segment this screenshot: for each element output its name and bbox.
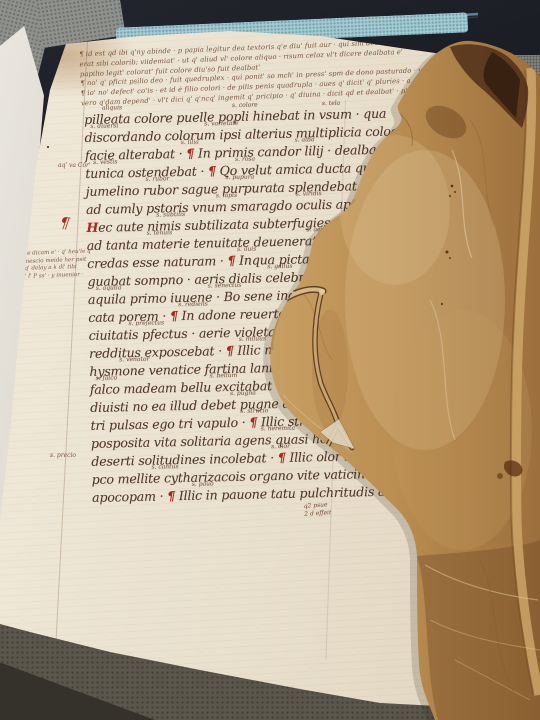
flap-speck	[371, 129, 374, 132]
flap-speck	[449, 195, 451, 197]
flap-speck	[449, 257, 451, 259]
flap-speck	[446, 251, 449, 254]
flap-speck	[454, 191, 456, 193]
flap-stain	[497, 473, 503, 479]
photo-background: ¶ id est qd ibi q'ny abinde · p papia le…	[0, 0, 540, 720]
flap-speck	[441, 303, 443, 305]
tie-knot	[319, 289, 325, 295]
flap-speck	[451, 185, 454, 188]
flap-sheen	[340, 135, 450, 285]
parchment-flap	[0, 0, 540, 720]
